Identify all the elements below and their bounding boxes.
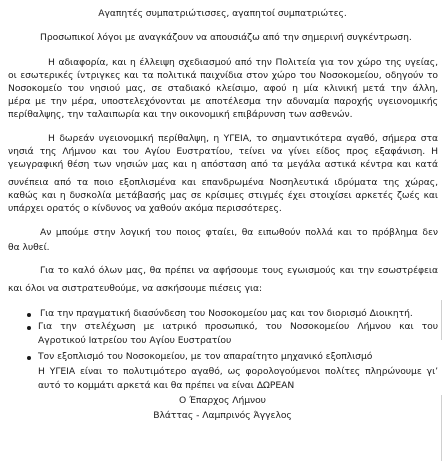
- bullet3-line1: Τον εξοπλισμό του Νοσοκομείου, με τον απ…: [38, 351, 372, 363]
- paragraph1-line4: μέρα με την μέρα, υποστελεχόνονται με απ…: [8, 96, 438, 108]
- paragraph2-line5: καθώς και η δυσκολία μετάβασής μας σε κρ…: [8, 190, 438, 202]
- paragraph2-line6: υπάρχει ορατός ο κίνδυνος να χαθούν ακόμ…: [8, 203, 282, 215]
- paragraph1-line5: περίθαλψης, την ταλαιπωρία και την οικον…: [8, 109, 353, 121]
- signature-name: Βλάττας - Λαμπρινός Άγγελος: [0, 410, 445, 422]
- paragraph1-line2: οι εσωτερικές ίντριγκες και τα πολιτικά …: [8, 70, 438, 82]
- paragraph4-line2: και όλοι να σιστρατευθούμε, να ασκήσουμε…: [8, 283, 262, 295]
- paragraph3-line2: θα λυθεί.: [8, 242, 50, 254]
- paragraph2-line3: γεωγραφική θέση των νησιών μας και η από…: [8, 159, 438, 171]
- paragraph4-line1: Για το καλό όλων μας, θα πρέπει να αφήσο…: [40, 265, 438, 277]
- bullet2-line2: Αγροτικού Ιατρείου του Αγίου Ευστρατίου: [38, 335, 231, 347]
- closing-line2: αυτό το κομμάτι αρκετά και θα πρέπει να …: [38, 380, 294, 392]
- bullet2-line1: Για την στελέχωση με ιατρικό προσωπικό, …: [38, 321, 438, 333]
- bullet1-line1: Για την πραγματική διασύνδεση του Νοσοκο…: [40, 308, 413, 320]
- greeting: Αγαπητές συμπατριώτισσες, αγαπητοί συμπα…: [0, 8, 445, 20]
- bullet-icon: [27, 356, 31, 360]
- paragraph2-line2: νησιά της Λήμνου και του Αγίου Ευστρατίο…: [8, 146, 438, 158]
- paragraph3-line1: Αν μπούμε στην λογική του ποιος φταίει, …: [40, 227, 438, 239]
- bullet-icon: [27, 326, 31, 330]
- letter-document: Αγαπητές συμπατριώτισσες, αγαπητοί συμπα…: [0, 0, 445, 461]
- signature-title: Ο Έπαρχος Λήμνου: [0, 395, 445, 407]
- scan-edge-line: [441, 395, 442, 461]
- paragraph2-line4: συνέπεια από τα ποιο εξοπλισμένα και επα…: [8, 177, 438, 189]
- paragraph1-line3: Νοσοκομείο του νησιού μας, σε σταδιακό κ…: [8, 83, 438, 95]
- scan-edge-line: [441, 300, 442, 340]
- bullet-icon: [27, 313, 31, 317]
- closing-line1: Η ΥΓΕΙΑ είναι το πολυτιμότερο αγαθό, ως …: [38, 366, 438, 378]
- intro-line: Προσωπικοί λόγοι με αναγκάζουν να απουσι…: [40, 32, 412, 44]
- paragraph2-line1: Η δωρεάν υγειονομική περίθαλψη, η ΥΓΕΙΑ,…: [48, 133, 438, 145]
- paragraph1-line1: Η αδιαφορία, και η έλλειψη σχεδιασμού απ…: [48, 57, 438, 69]
